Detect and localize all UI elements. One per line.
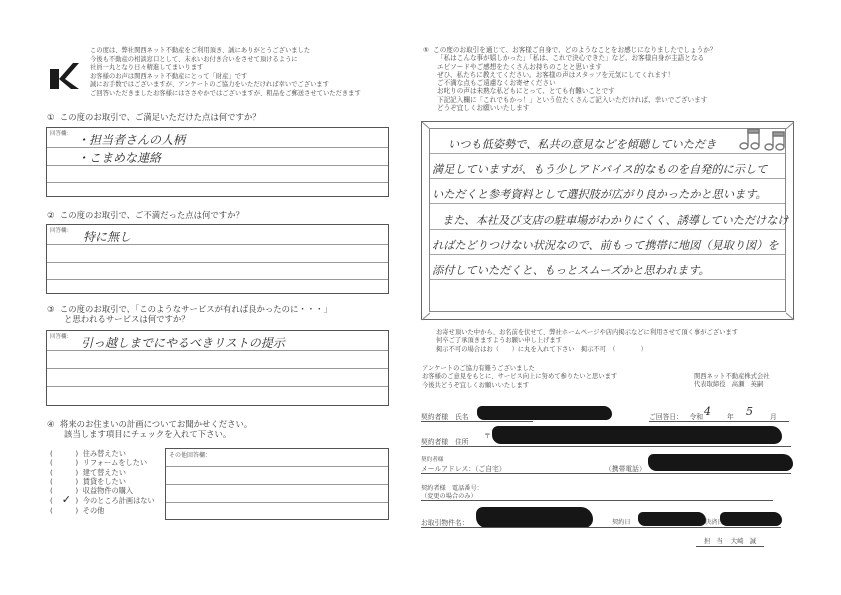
answer-label: 回答欄： (50, 332, 72, 340)
company-signature: 関西ネット不動産株式会社 代表取締役 高瀬 英嗣 (694, 373, 770, 390)
response-date-label: ご回答日： 令和 (649, 411, 703, 421)
mobile-label: （携帯電話） (605, 463, 646, 473)
redacted-name (477, 406, 612, 420)
redacted-address (492, 426, 782, 444)
redacted-contract-date (638, 512, 706, 526)
response-year[interactable]: 4 (704, 405, 711, 418)
music-notes-icon (738, 124, 788, 152)
q5-answer-line-4: また、本社及び支店の駐車場がわかりにくく、誘導していただけなけ (442, 212, 789, 228)
q5-answer-line-5: ればたどりつけない状況なので、前もって携帯に地図（見取り図）を (432, 237, 779, 253)
contract-date-label: 契約日 (612, 517, 631, 526)
option-other[interactable]: ( ) その他 (50, 506, 155, 515)
q3-answer-1: 引っ越しまでにやるべきリストの提示 (81, 334, 285, 351)
option-rebuild[interactable]: ( ) 建て替えたい (50, 468, 155, 477)
q4-other-box[interactable]: その他回答欄： (165, 448, 389, 520)
q1-answer-2: ・こまめな連絡 (77, 149, 161, 166)
q2-answer-box[interactable]: 回答欄： 特に無し (46, 224, 389, 294)
q5-answer-line-1: いつも低姿勢で、私共の意見などを傾聴していただき (448, 136, 716, 152)
email-label: メールアドレス：（ご自宅） (421, 463, 506, 473)
closing-text: アンケートのご協力有難うございました お客様のご意見をもとに、サービス向上に努め… (422, 365, 617, 390)
address-label: 契約者様 住所 (421, 436, 469, 446)
name-label: 契約者様 氏名 (421, 411, 469, 421)
answer-label: 回答欄： (50, 226, 72, 234)
other-label: その他回答欄： (169, 450, 211, 459)
option-move[interactable]: ( ) 住み替えたい (50, 449, 155, 458)
q4-options: ( ) 住み替えたい ( ) リフォームをしたい ( ) 建て替えたい ( ) … (50, 449, 155, 515)
month-unit: 月 (770, 411, 777, 421)
kansai-net-k-logo-icon (48, 60, 80, 92)
option-rent[interactable]: ( ) 賃貸をしたい (50, 477, 155, 486)
q1-question: ① この度のお取引で、ご満足いただけた点は何ですか？ (47, 112, 261, 122)
checkmark-icon[interactable]: ✓ (57, 495, 75, 504)
option-no-plan[interactable]: ( ✓) 今のところ計画はない (50, 495, 155, 505)
response-month[interactable]: 5 (746, 405, 753, 418)
q1-answer-box[interactable]: 回答欄： ・担当者さんの人柄 ・こまめな連絡 (46, 127, 389, 197)
q5-answer-line-6: 添付していただくと、もっとスムーズかと思われます。 (432, 262, 710, 278)
publication-optout[interactable]: 掲示不可の場合はお（ ）に丸を入れて下さい 掲示不可 （ ） (436, 346, 738, 354)
redacted-settlement-date (720, 512, 782, 526)
q5-answer-line-3: いただくと参考資料として選択肢が広がり良かったかと思います。 (432, 186, 767, 202)
q1-answer-1: ・担当者さんの人柄 (77, 131, 185, 148)
property-label: お取引物件名： (421, 517, 469, 527)
q3-question: ③ この度のお取引で、「このようなサービスが有れば良かったのに・・・」 と思われ… (47, 304, 332, 324)
staff-in-charge: 担 当 大崎 誠 (704, 536, 756, 545)
intro-text: この度は、弊社関西ネット不動産をご利用頂き、誠にありがとうございました 今後も不… (90, 47, 361, 98)
postal-mark: 〒 (484, 430, 491, 440)
option-reform[interactable]: ( ) リフォームをしたい (50, 458, 155, 467)
q5-answer-line-2: 満足していますが、もう少しアドバイス的なものを自発的に示して (432, 161, 767, 177)
phone-note: （変更の場合のみ） (421, 491, 477, 500)
year-unit: 年 (727, 411, 734, 421)
q3-answer-box[interactable]: 回答欄： 引っ越しまでにやるべきリストの提示 (46, 330, 389, 406)
answer-label: 回答欄： (50, 129, 72, 137)
redacted-email (648, 454, 793, 471)
publication-notice: お寄せ頂いた中から、お名前を伏せて、弊社ホームページや店内掲示などに利用させて頂… (436, 329, 738, 354)
q5-answer-frame[interactable]: いつも低姿勢で、私共の意見などを傾聴していただき 満足していますが、もう少しアド… (421, 121, 794, 320)
email-caption: 契約者様 (421, 455, 443, 463)
q4-question: ④ 将来のお住まいの計画についてお聞かせください。 該当します項目にチェックを入… (47, 419, 252, 439)
redacted-property (476, 507, 593, 528)
q2-question: ② この度のお取引で、ご不満だった点は何ですか？ (47, 210, 244, 220)
q5-intro: ⑤ この度のお取引を通じて、お客様ご自身で、どのようなことをお感じになりましたで… (423, 46, 716, 112)
q2-answer-1: 特に無し (83, 228, 131, 245)
